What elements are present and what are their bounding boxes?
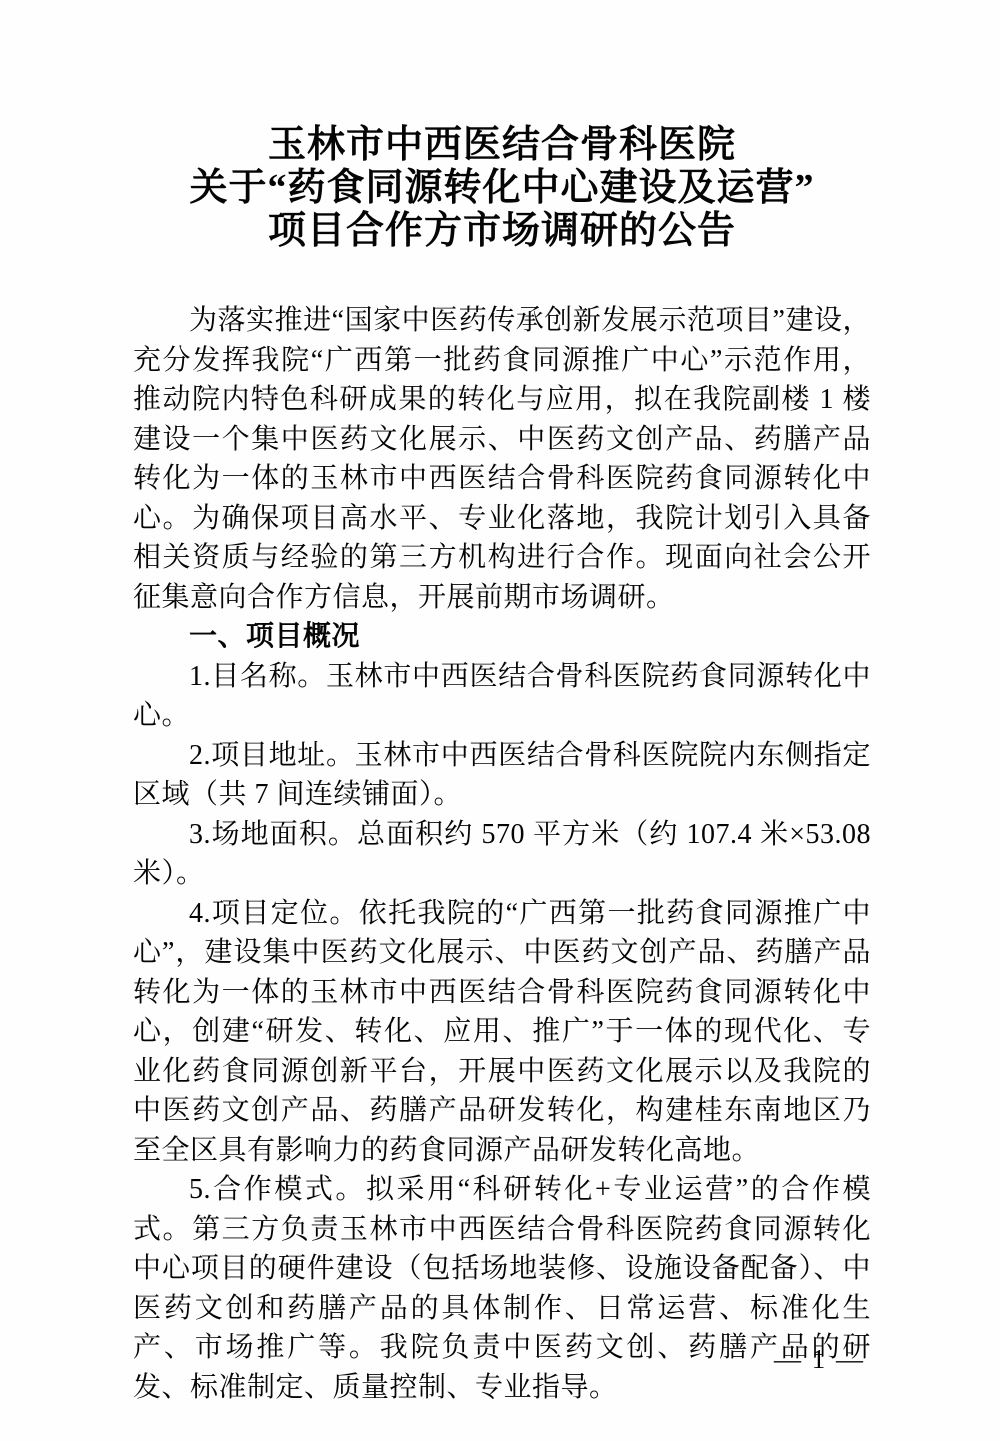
page-number: — 1 —: [774, 1344, 865, 1375]
title-line-subject: 关于“药食同源转化中心建设及运营”: [133, 167, 871, 210]
item-project-positioning: 4.项目定位。依托我院的“广西第一批药食同源推广中心”，建设集中医药文化展示、中…: [133, 894, 871, 1171]
item-site-area: 3.场地面积。总面积约 570 平方米（约 107.4 米×53.08 米）。: [133, 815, 871, 894]
section-heading-project-overview: 一、项目概况: [133, 617, 871, 657]
announcement-page: 玉林市中西医结合骨科医院 关于“药食同源转化中心建设及运营” 项目合作方市场调研…: [0, 0, 1000, 1441]
item-project-name: 1.目名称。玉林市中西医结合骨科医院药食同源转化中心。: [133, 657, 871, 736]
document-title: 玉林市中西医结合骨科医院 关于“药食同源转化中心建设及运营” 项目合作方市场调研…: [133, 124, 871, 253]
item-project-address: 2.项目地址。玉林市中西医结合骨科医院院内东侧指定区域（共 7 间连续铺面）。: [133, 736, 871, 815]
title-line-hospital-name: 玉林市中西医结合骨科医院: [133, 124, 871, 167]
intro-paragraph: 为落实推进“国家中医药传承创新发展示范项目”建设，充分发挥我院“广西第一批药食同…: [133, 301, 871, 617]
title-line-announcement-type: 项目合作方市场调研的公告: [133, 210, 871, 253]
page-content: 玉林市中西医结合骨科医院 关于“药食同源转化中心建设及运营” 项目合作方市场调研…: [133, 124, 871, 1407]
item-cooperation-model: 5.合作模式。拟采用“科研转化+专业运营”的合作模式。第三方负责玉林市中西医结合…: [133, 1170, 871, 1407]
